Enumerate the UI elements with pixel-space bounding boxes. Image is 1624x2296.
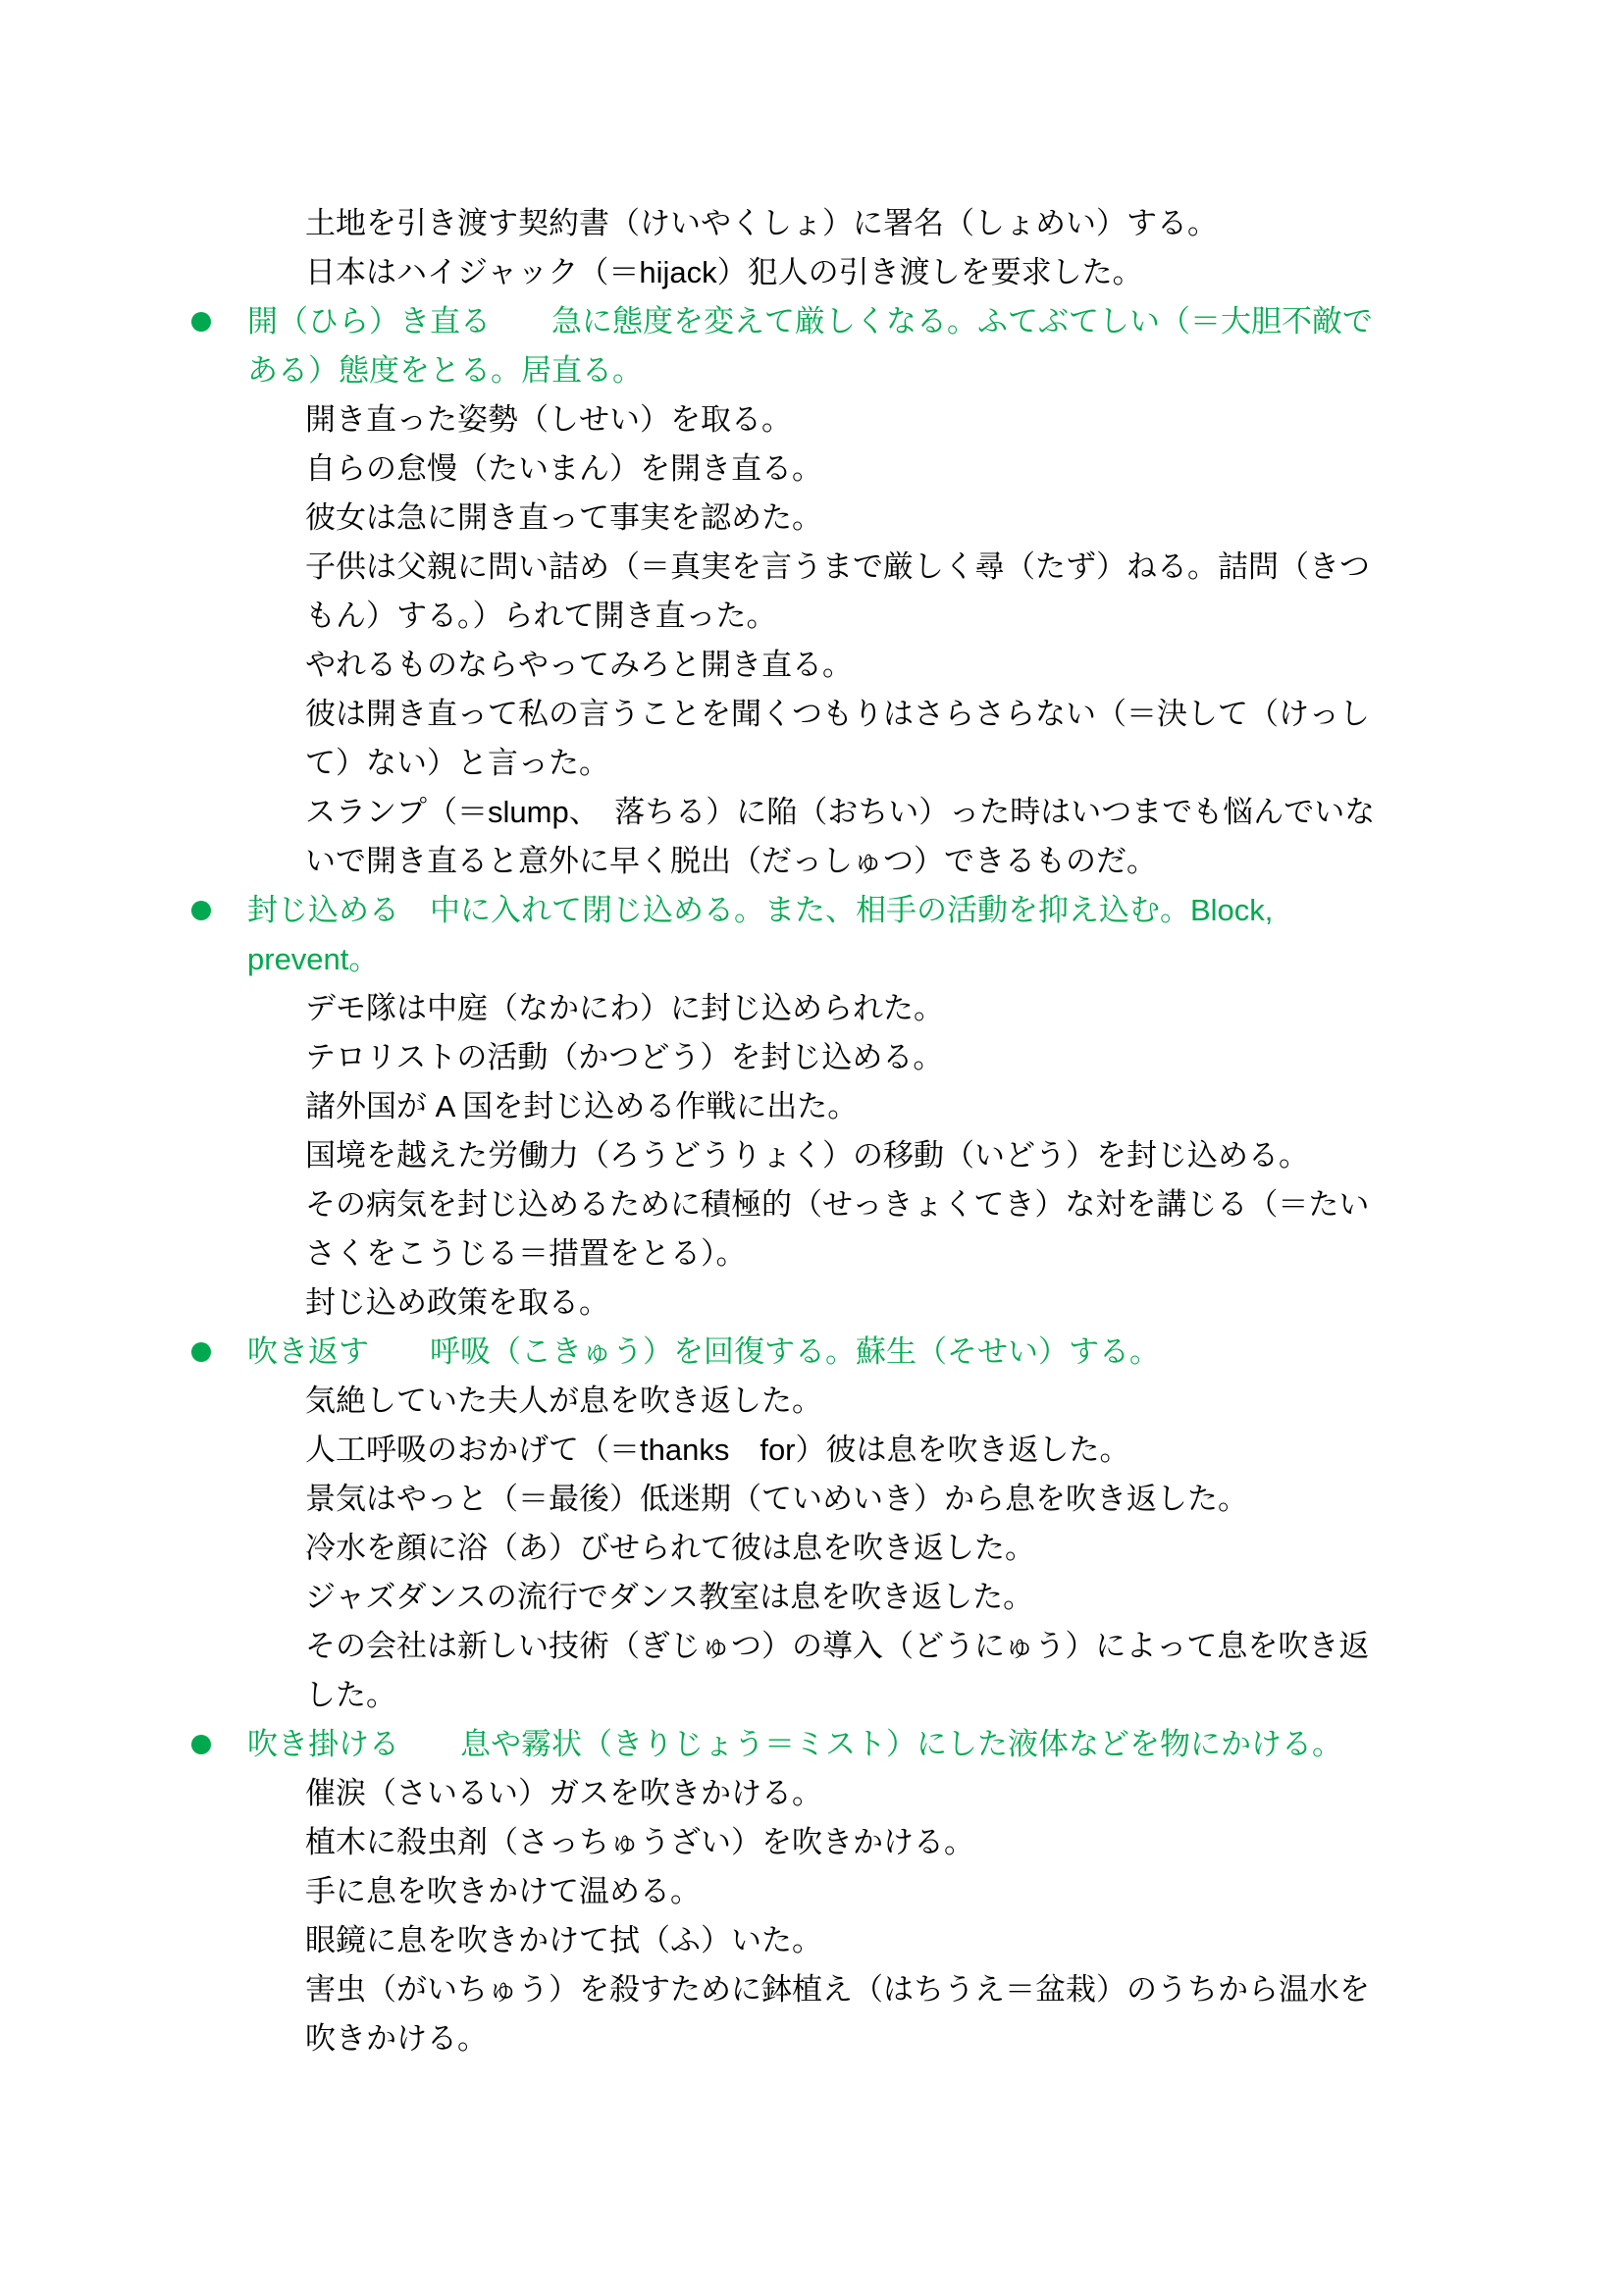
example-sentence: した。: [305, 1671, 1624, 1720]
example-sentence: やれるものならやってみろと開き直る。: [305, 641, 1624, 690]
example-sentence: さくをこうじる＝措置をとる）。: [305, 1229, 1624, 1278]
example-sentence: 日本はハイジャック（＝hijack）犯人の引き渡しを要求した。: [305, 248, 1624, 297]
example-sentence: 子供は父親に問い詰め（＝真実を言うまで厳しく尋（たず）ねる。詰問（きつ: [305, 543, 1624, 592]
vocab-headword-text: 封じ込める 中に入れて閉じ込める。また、相手の活動を抑え込む。Block,: [247, 893, 1273, 927]
vocab-headword-line: 開（ひら）き直る 急に態度を変えて厳しくなる。ふてぶてしい（＝大胆不敵で: [247, 297, 1624, 346]
example-sentence: 自らの怠慢（たいまん）を開き直る。: [305, 444, 1624, 494]
example-sentence: 彼は開き直って私の言うことを聞くつもりはさらさらない（＝決して（けっし: [305, 690, 1624, 739]
example-sentence: 景気はやっと（＝最後）低迷期（ていめいき）から息を吹き返した。: [305, 1475, 1624, 1524]
vocab-definition-continuation: prevent。: [247, 935, 1624, 984]
example-sentence: その会社は新しい技術（ぎじゅつ）の導入（どうにゅう）によって息を吹き返: [305, 1622, 1624, 1671]
document-content: 土地を引き渡す契約書（けいやくしょ）に署名（しょめい）する。日本はハイジャック（…: [0, 199, 1624, 2063]
vocab-headword-text: 開（ひら）き直る 急に態度を変えて厳しくなる。ふてぶてしい（＝大胆不敵で: [247, 304, 1373, 339]
bullet-icon: [191, 901, 211, 920]
example-sentence: 害虫（がいちゅう）を殺すために鉢植え（はちうえ＝盆栽）のうちから温水を: [305, 1965, 1624, 2014]
vocab-definition-continuation: ある）態度をとる。居直る。: [247, 346, 1624, 395]
example-sentence: いで開き直ると意外に早く脱出（だっしゅつ）できるものだ。: [305, 837, 1624, 886]
example-sentence: その病気を封じ込めるために積極的（せっきょくてき）な対を講じる（＝たい: [305, 1180, 1624, 1229]
example-sentence: 催涙（さいるい）ガスを吹きかける。: [305, 1769, 1624, 1818]
vocab-headword-line: 吹き掛ける 息や霧状（きりじょう＝ミスト）にした液体などを物にかける。: [247, 1720, 1624, 1769]
example-sentence: スランプ（＝slump、 落ちる）に陥（おちい）った時はいつまでも悩んでいな: [305, 788, 1624, 837]
vocab-headword-line: 封じ込める 中に入れて閉じ込める。また、相手の活動を抑え込む。Block,: [247, 886, 1624, 935]
document-page: 土地を引き渡す契約書（けいやくしょ）に署名（しょめい）する。日本はハイジャック（…: [0, 0, 1624, 2296]
bullet-icon: [191, 1735, 211, 1754]
example-sentence: て）ない）と言った。: [305, 739, 1624, 788]
vocab-headword-text: 吹き返す 呼吸（こきゅう）を回復する。蘇生（そせい）する。: [247, 1334, 1160, 1369]
example-sentence: 国境を越えた労働力（ろうどうりょく）の移動（いどう）を封じ込める。: [305, 1131, 1624, 1180]
example-sentence: もん）する。）られて開き直った。: [305, 592, 1624, 641]
vocab-headword-line: 吹き返す 呼吸（こきゅう）を回復する。蘇生（そせい）する。: [247, 1328, 1624, 1377]
example-sentence: 人工呼吸のおかげて（＝thanks for）彼は息を吹き返した。: [305, 1426, 1624, 1475]
vocab-headword-text: 吹き掛ける 息や霧状（きりじょう＝ミスト）にした液体などを物にかける。: [247, 1727, 1342, 1761]
example-sentence: 開き直った姿勢（しせい）を取る。: [305, 395, 1624, 444]
example-sentence: テロリストの活動（かつどう）を封じ込める。: [305, 1033, 1624, 1082]
example-sentence: 封じ込め政策を取る。: [305, 1278, 1624, 1328]
example-sentence: 諸外国が A 国を封じ込める作戦に出た。: [305, 1082, 1624, 1131]
example-sentence: 眼鏡に息を吹きかけて拭（ふ）いた。: [305, 1916, 1624, 1965]
example-sentence: 植木に殺虫剤（さっちゅうざい）を吹きかける。: [305, 1818, 1624, 1867]
example-sentence: 冷水を顔に浴（あ）びせられて彼は息を吹き返した。: [305, 1524, 1624, 1573]
example-sentence: 手に息を吹きかけて温める。: [305, 1867, 1624, 1916]
example-sentence: 彼女は急に開き直って事実を認めた。: [305, 494, 1624, 543]
example-sentence: ジャズダンスの流行でダンス教室は息を吹き返した。: [305, 1573, 1624, 1622]
bullet-icon: [191, 312, 211, 332]
bullet-icon: [191, 1342, 211, 1362]
example-sentence: デモ隊は中庭（なかにわ）に封じ込められた。: [305, 984, 1624, 1033]
example-sentence: 吹きかける。: [305, 2014, 1624, 2063]
example-sentence: 土地を引き渡す契約書（けいやくしょ）に署名（しょめい）する。: [305, 199, 1624, 248]
example-sentence: 気絶していた夫人が息を吹き返した。: [305, 1377, 1624, 1426]
